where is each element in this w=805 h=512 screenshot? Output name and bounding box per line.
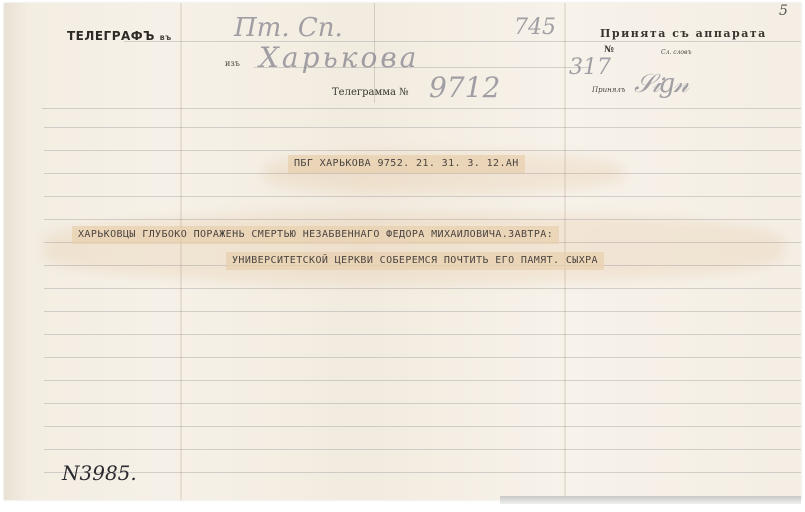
from-label: изъ xyxy=(225,59,240,68)
rule-line xyxy=(124,41,801,42)
rule-line xyxy=(44,472,801,473)
rule-line xyxy=(42,108,801,109)
rule-line xyxy=(44,449,801,450)
rule-line xyxy=(44,380,801,381)
received-label: Принята съ аппарата xyxy=(600,27,767,40)
rule-line xyxy=(44,357,801,358)
rule-line xyxy=(44,219,801,220)
telegram-number-label: Телеграмма № xyxy=(332,87,409,98)
telegram-paper: ТЕЛЕГРАФЪ въ изъ Телеграмма № Принята съ… xyxy=(4,3,801,500)
page-number: 5 xyxy=(779,3,788,19)
stain xyxy=(44,213,784,283)
page-edge-shadow xyxy=(500,496,801,504)
form-title: ТЕЛЕГРАФЪ въ xyxy=(67,29,172,43)
archive-number: N3985. xyxy=(62,461,137,485)
receiver-signature: 𝒮𝒾𝑔𝓃 xyxy=(634,69,687,100)
rule-line xyxy=(44,150,801,151)
tape-strip-header: ПБГ ХАРЬКОВА 9752. 21. 31. 3. 12.АН xyxy=(288,155,525,173)
rule-line xyxy=(44,196,801,197)
accepted-label: Принялъ xyxy=(592,86,625,94)
tape-strip-message-1: ХАРЬКОВЦЫ ГЛУБОКО ПОРАЖЕНЬ СМЕРТЬЮ НЕЗАБ… xyxy=(72,226,559,244)
rule-line xyxy=(44,334,801,335)
handwritten-telegram-number: 9712 xyxy=(429,71,500,104)
rule-line xyxy=(44,403,801,404)
tape-strip-message-2: УНИВЕРСИТЕТСКОЙ ЦЕРКВИ СОБЕРЕМСЯ ПОЧТИТЬ… xyxy=(226,252,604,270)
rule-line xyxy=(44,127,801,128)
rule-line xyxy=(44,426,801,427)
rule-line xyxy=(44,173,801,174)
number-label: № xyxy=(604,45,614,55)
rule-line xyxy=(44,288,801,289)
handwritten-word-count: 317 xyxy=(569,55,611,80)
handwritten-origin: Харькова xyxy=(259,41,419,74)
words-label: Сл. словъ xyxy=(661,49,692,56)
rule-line xyxy=(44,311,801,312)
handwritten-destination: Пт. Сп. xyxy=(234,13,343,43)
handwritten-serial: 745 xyxy=(514,15,556,40)
